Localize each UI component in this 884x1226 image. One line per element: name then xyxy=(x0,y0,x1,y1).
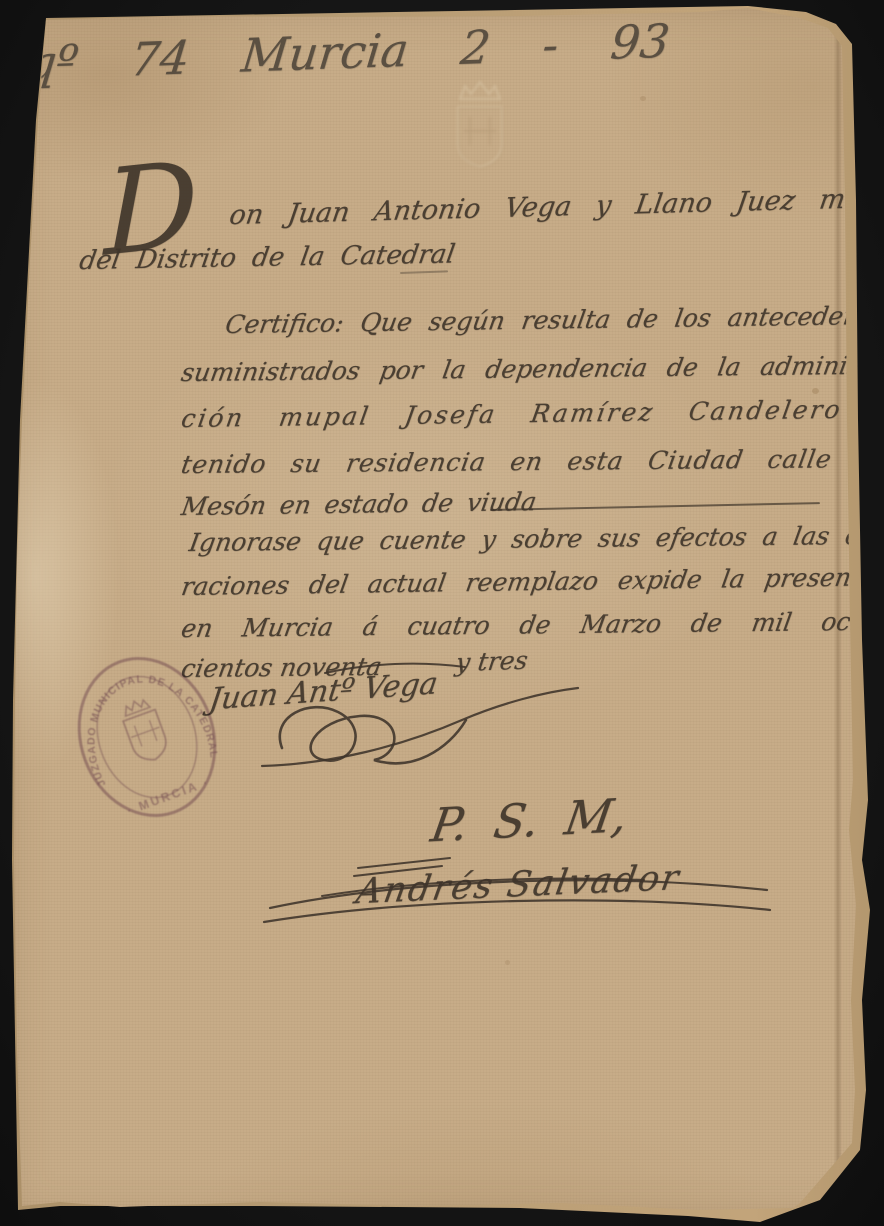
body-line: ción mupal Josefa Ramírez Candelero ha xyxy=(179,394,884,433)
body-line: tenido su residencia en esta Ciudad call… xyxy=(179,444,884,479)
psm-abbreviation: P. S. M, xyxy=(427,788,631,853)
salutation-line2: del Distrito de la Catedral xyxy=(77,239,457,276)
signature-flourish xyxy=(262,850,772,945)
docket-annotation: qº 74 Murcia 2 - 93 xyxy=(24,14,672,91)
body-line: Mesón en estado de viuda xyxy=(179,487,538,521)
signature-rubric xyxy=(252,686,582,786)
scan-background: qº 74 Murcia 2 - 93 D on Juan Antonio Ve… xyxy=(0,0,884,1226)
body-line: y tres xyxy=(454,645,530,677)
body-line: Ignorase que cuente y sobre sus efectos … xyxy=(187,521,884,557)
foxing-spot xyxy=(812,388,819,394)
coat-of-arms-icon xyxy=(118,695,171,765)
document-page: qº 74 Murcia 2 - 93 D on Juan Antonio Ve… xyxy=(0,0,884,1226)
blank-line-rule xyxy=(490,502,820,511)
body-line: suministrados por la dependencia de la a… xyxy=(179,350,884,387)
embossed-seal-icon xyxy=(430,75,530,190)
salutation-trailing-stroke xyxy=(400,270,448,274)
body-line: Certifico: Que según resulta de los ante… xyxy=(223,301,884,339)
body-line: en Murcia á cuatro de Marzo de mil ocho- xyxy=(179,607,884,643)
foxing-spot xyxy=(640,96,646,101)
salutation-line1: on Juan Antonio Vega y Llano Juez mupal xyxy=(227,182,884,231)
body-line: raciones del actual reemplazo expide la … xyxy=(179,562,878,601)
foxing-spot xyxy=(505,960,510,965)
